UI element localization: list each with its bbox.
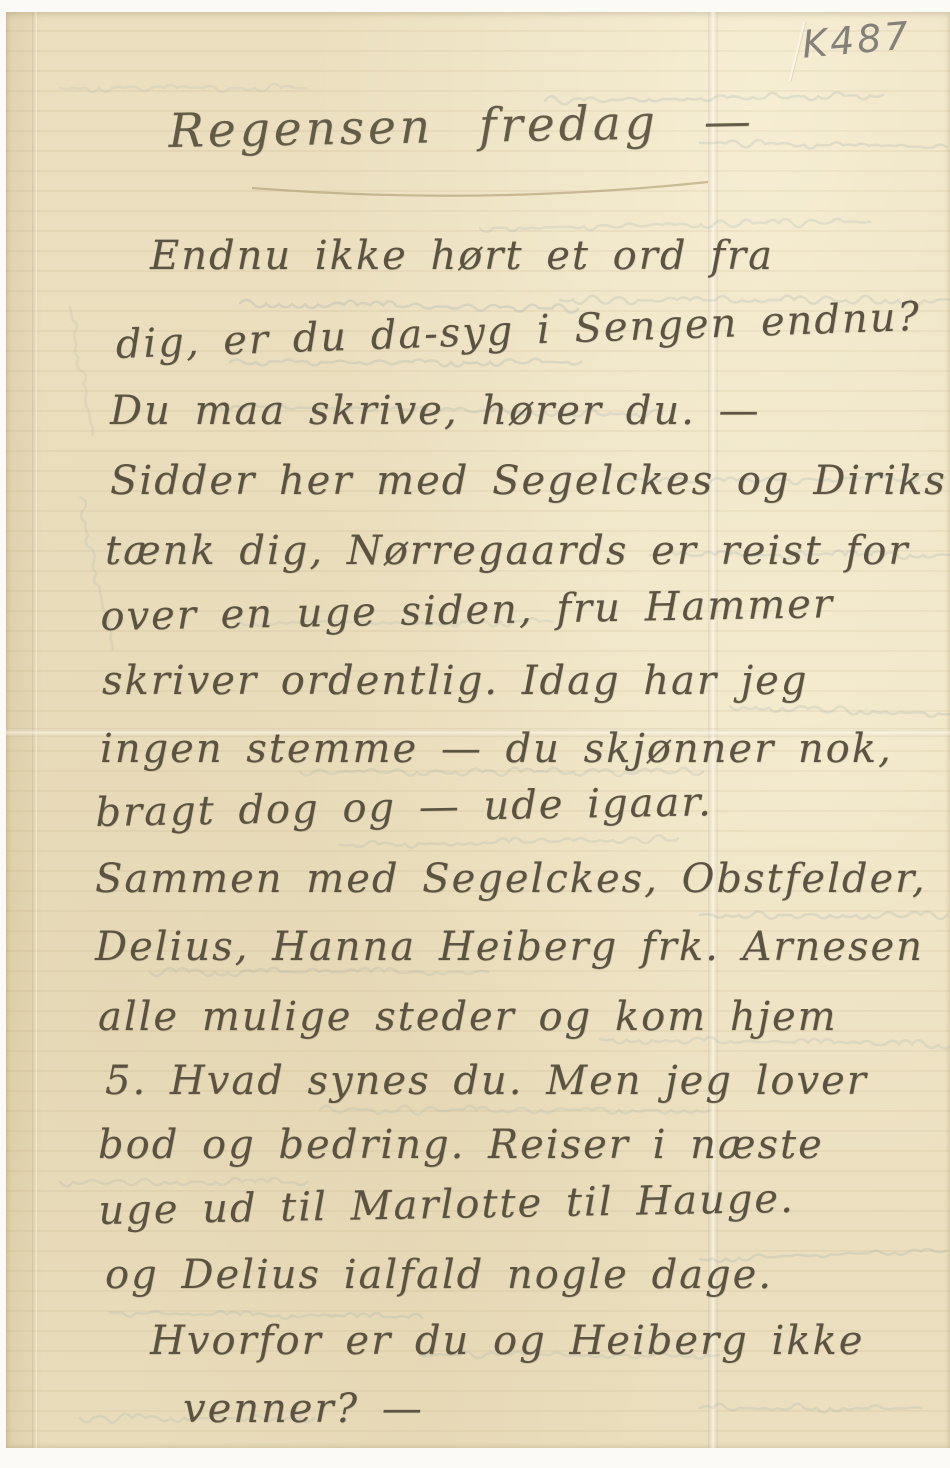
letter-line: Sidder her med Segelckes og Diriks (110, 458, 947, 504)
letter-line: og Delius ialfald nogle dage. (105, 1252, 773, 1298)
letter-line: Hvorfor er du og Heiberg ikke (150, 1318, 864, 1364)
scanned-letter-page: K487 Regensen fredag — Endnu ikke hørt e… (0, 0, 950, 1468)
letter-line: venner? — (183, 1386, 424, 1432)
letter-line: Du maa skrive, hører du. — (110, 388, 761, 434)
letter-line: tænk dig, Nørregaards er reist for (105, 528, 910, 574)
letter-line: Endnu ikke hørt et ord fra (150, 233, 774, 279)
letter-line: Sammen med Segelckes, Obstfelder, (95, 856, 927, 902)
letter-line: Delius, Hanna Heiberg frk. Arnesen (95, 924, 924, 970)
letter-line: skriver ordentlig. Idag har jeg (102, 658, 808, 704)
letter-line: 5. Hvad synes du. Men jeg lover (105, 1058, 868, 1104)
letter-line: ingen stemme — du skjønner nok, (100, 726, 893, 772)
letter-line: bod og bedring. Reiser i næste (98, 1122, 824, 1168)
letter-line: alle mulige steder og kom hjem (98, 994, 838, 1040)
letter-heading: Regensen fredag — (168, 94, 755, 159)
heading-underline-flourish (250, 176, 710, 208)
